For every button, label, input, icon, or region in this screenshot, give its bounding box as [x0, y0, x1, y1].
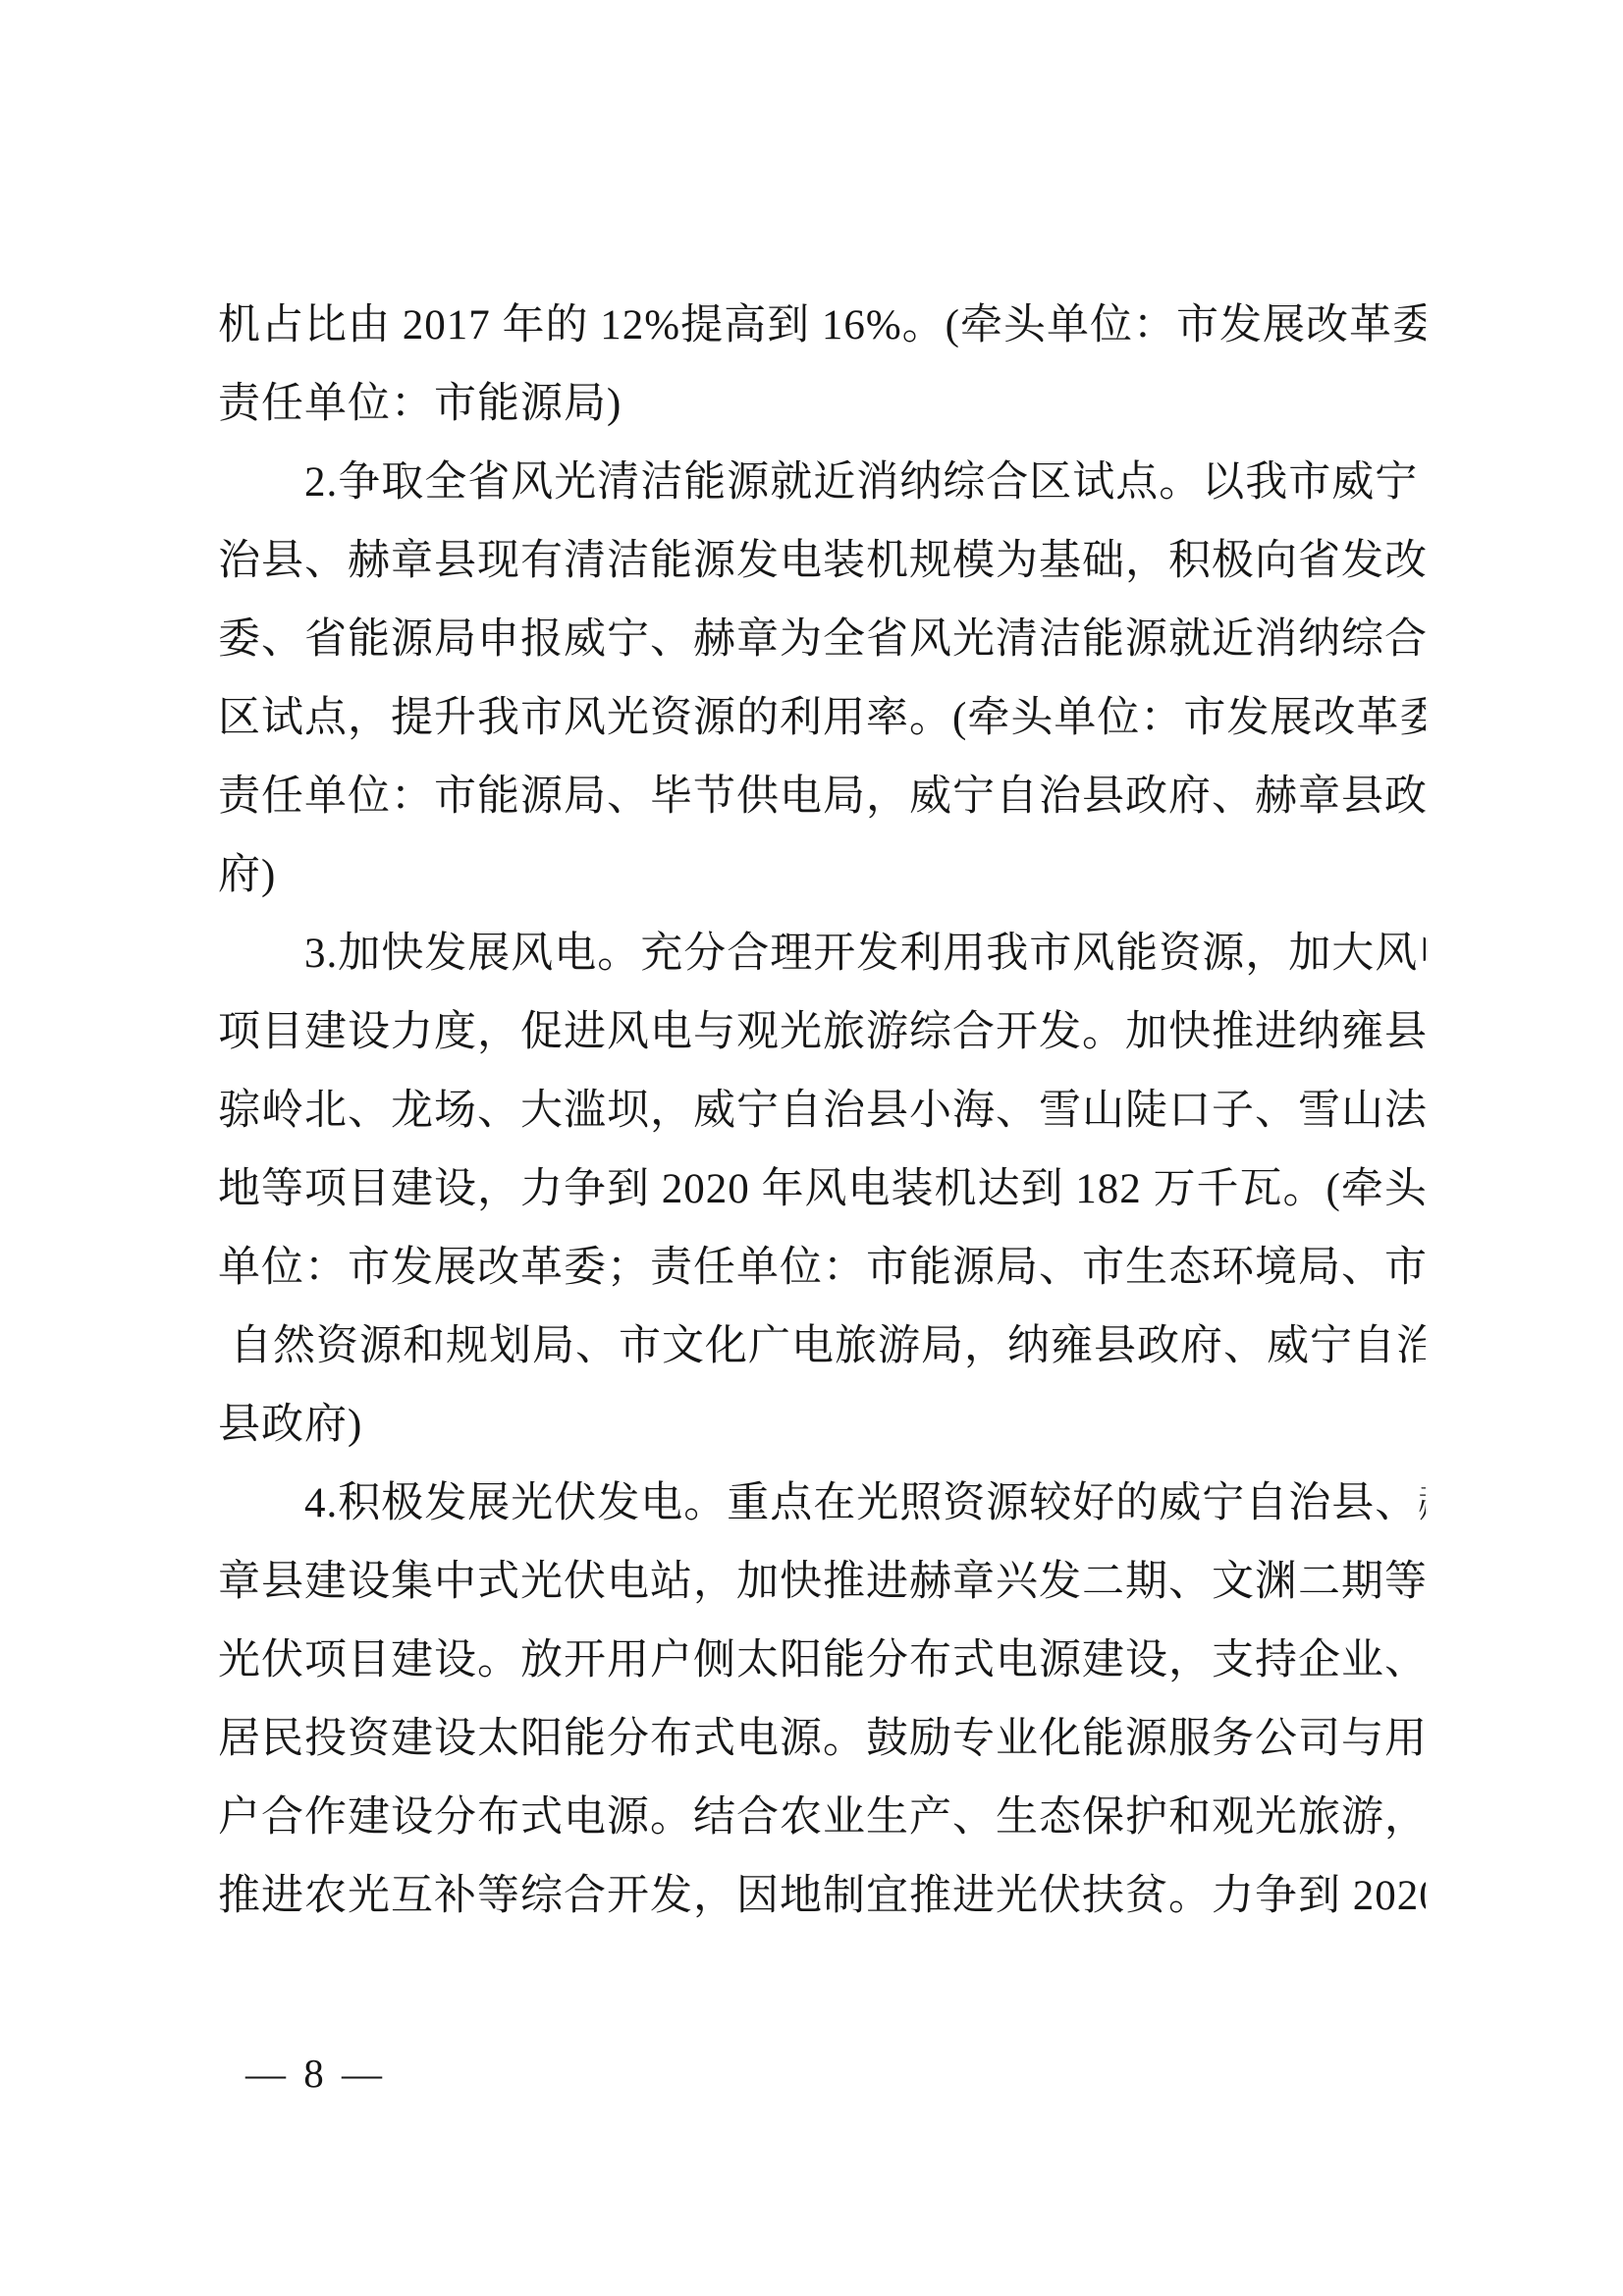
text-line: 自然资源和规划局、市文化广电旅游局，纳雍县政府、威宁自治: [218, 1308, 1426, 1386]
text-line: 区试点，提升我市风光资源的利用率。(牵头单位：市发展改革委；: [218, 679, 1426, 758]
text-line: 责任单位：市能源局): [218, 365, 1426, 444]
text-line: 地等项目建设，力争到 2020 年风电装机达到 182 万千瓦。(牵头: [218, 1150, 1426, 1229]
text-line: 骔岭北、龙场、大滥坝，威宁自治县小海、雪山陡口子、雪山法: [218, 1072, 1426, 1150]
text-line: 治县、赫章县现有清洁能源发电装机规模为基础，积极向省发改: [218, 522, 1426, 601]
text-line: 县政府): [218, 1386, 1426, 1465]
text-line: 机占比由 2017 年的 12%提高到 16%。(牵头单位：市发展改革委；: [218, 287, 1426, 365]
text-line: 光伏项目建设。放开用户侧太阳能分布式电源建设，支持企业、: [218, 1622, 1426, 1700]
text-line: 委、省能源局申报威宁、赫章为全省风光清洁能源就近消纳综合: [218, 601, 1426, 679]
text-line: 章县建设集中式光伏电站，加快推进赫章兴发二期、文渊二期等: [218, 1543, 1426, 1622]
text-line: 推进农光互补等综合开发，因地制宜推进光伏扶贫。力争到 2020: [218, 1857, 1426, 1936]
text-line: 4.积极发展光伏发电。重点在光照资源较好的威宁自治县、赫: [218, 1465, 1426, 1543]
document-body: 机占比由 2017 年的 12%提高到 16%。(牵头单位：市发展改革委； 责任…: [218, 287, 1426, 1936]
document-page: 机占比由 2017 年的 12%提高到 16%。(牵头单位：市发展改革委； 责任…: [0, 0, 1623, 2296]
text-line: 责任单位：市能源局、毕节供电局，威宁自治县政府、赫章县政: [218, 758, 1426, 836]
text-line: 户合作建设分布式电源。结合农业生产、生态保护和观光旅游，: [218, 1779, 1426, 1857]
text-line: 府): [218, 836, 1426, 915]
text-line: 单位：市发展改革委；责任单位：市能源局、市生态环境局、市: [218, 1229, 1426, 1308]
text-line: 居民投资建设太阳能分布式电源。鼓励专业化能源服务公司与用: [218, 1700, 1426, 1779]
page-number: — 8 —: [245, 2050, 386, 2097]
text-line: 2.争取全省风光清洁能源就近消纳综合区试点。以我市威宁自: [218, 444, 1426, 522]
page-number-label: — 8 —: [245, 2051, 386, 2096]
text-line: 3.加快发展风电。充分合理开发利用我市风能资源，加大风电: [218, 915, 1426, 993]
text-line: 项目建设力度，促进风电与观光旅游综合开发。加快推进纳雍县: [218, 993, 1426, 1072]
